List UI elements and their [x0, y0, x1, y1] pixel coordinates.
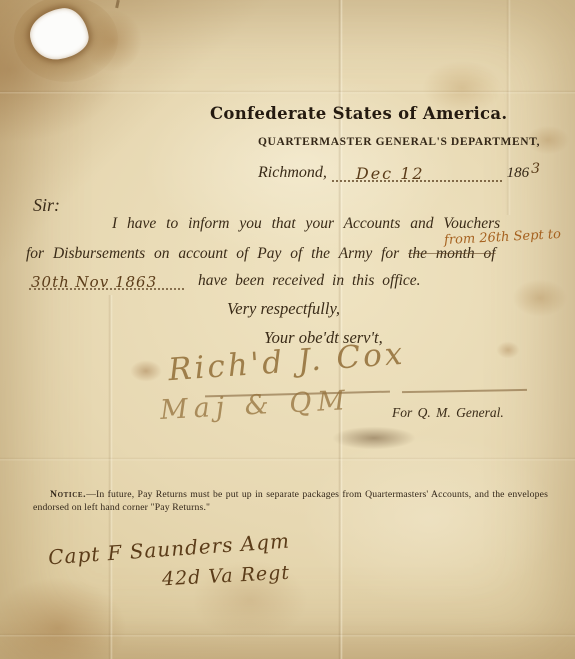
endorsement-line-2: 42d Va Regt [162, 562, 291, 591]
date-line: Richmond, Dec 12 186 3 [258, 156, 540, 182]
year-printed: 186 [507, 165, 530, 182]
closing-respectfully: Very respectfully, [227, 299, 340, 319]
notice-label: Notice. [50, 489, 86, 500]
body-line-1: I have to inform you that your Accounts … [112, 215, 500, 233]
year-digit-handwritten: 3 [531, 161, 540, 177]
date-blank-field: Dec 12 [332, 160, 502, 182]
body-line-2: for Disbursements on account of Pay of t… [26, 245, 496, 263]
notice-text: —In future, Pay Returns must be put up i… [33, 489, 548, 513]
body-line-3-printed: have been received in this office. [198, 272, 421, 290]
rank-handwritten: Maj & QM [159, 385, 351, 426]
place-printed: Richmond, [258, 164, 327, 182]
for-qm-general-printed: For Q. M. General. [392, 405, 504, 421]
body-line-3: 30th Nov 1863 have been received in this… [29, 268, 421, 290]
fold-crease [0, 457, 575, 461]
date-handwritten: Dec 12 [356, 164, 425, 183]
torn-hole [27, 5, 91, 63]
fold-crease [0, 90, 575, 94]
letterhead-title: Confederate States of America. [210, 104, 452, 123]
period-blank-field: 30th Nov 1863 [29, 268, 184, 290]
struck-text: the month of [408, 245, 496, 262]
torn-paper-flap [84, 10, 142, 72]
signature-underline [402, 389, 527, 393]
fold-crease [108, 295, 113, 659]
signature-handwritten: Rich'd J. Cox [167, 336, 406, 388]
document-scan: Confederate States of America. QUARTERMA… [0, 0, 575, 659]
period-handwritten: 30th Nov 1863 [31, 273, 157, 291]
body-line-2-text: for Disbursements on account of Pay of t… [26, 245, 399, 262]
fold-crease [0, 633, 575, 637]
edge-tear [115, 0, 120, 8]
salutation: Sir: [33, 195, 60, 216]
letterhead-department: QUARTERMASTER GENERAL'S DEPARTMENT, [258, 136, 504, 148]
notice-paragraph: Notice.—In future, Pay Returns must be p… [33, 489, 548, 514]
